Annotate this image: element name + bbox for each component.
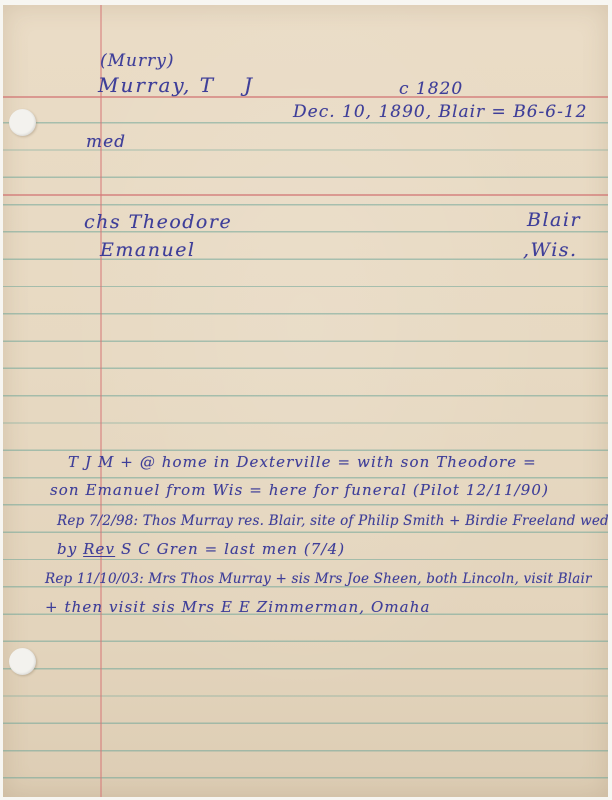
red-margin-line-vertical <box>100 5 102 797</box>
scanned-page: { "document": { "colors": { "paper": "#e… <box>0 0 612 800</box>
note-line-4-prefix: by <box>57 540 83 558</box>
residence-state: ,Wis. <box>523 239 578 261</box>
children-line-2: Emanuel <box>100 239 196 261</box>
residence-city: Blair <box>527 209 581 231</box>
surname-entry: Murray, T <box>98 73 215 97</box>
punch-hole-top <box>9 109 36 136</box>
children-line-1: chs Theodore <box>84 211 232 233</box>
death-entry: Dec. 10, 1890, Blair = B6-6-12 <box>293 102 587 122</box>
red-header-line-1 <box>3 96 608 98</box>
note-line-4-rev-underlined: Rev <box>83 540 115 558</box>
note-line-5: Rep 11/10/03: Mrs Thos Murray + sis Mrs … <box>45 571 592 587</box>
punch-hole-bottom <box>9 648 36 675</box>
note-line-4-rest: S C Gren = last men (7/4) <box>115 540 345 558</box>
note-line-2: son Emanuel from Wis = here for funeral … <box>50 481 549 499</box>
red-header-line-2 <box>3 194 608 196</box>
alt-surname-note: (Murry) <box>100 51 174 71</box>
birth-year: c 1820 <box>399 79 463 99</box>
note-line-4: by Rev S C Gren = last men (7/4) <box>57 540 345 558</box>
med-note: med <box>86 132 126 152</box>
note-line-1: T J M + @ home in Dexterville = with son… <box>68 453 537 471</box>
given-initial: J <box>244 73 254 97</box>
ledger-paper: (Murry) Murray, T J c 1820 Dec. 10, 1890… <box>3 5 608 797</box>
note-line-6: + then visit sis Mrs E E Zimmerman, Omah… <box>45 598 431 616</box>
note-line-3: Rep 7/2/98: Thos Murray res. Blair, site… <box>57 513 608 529</box>
